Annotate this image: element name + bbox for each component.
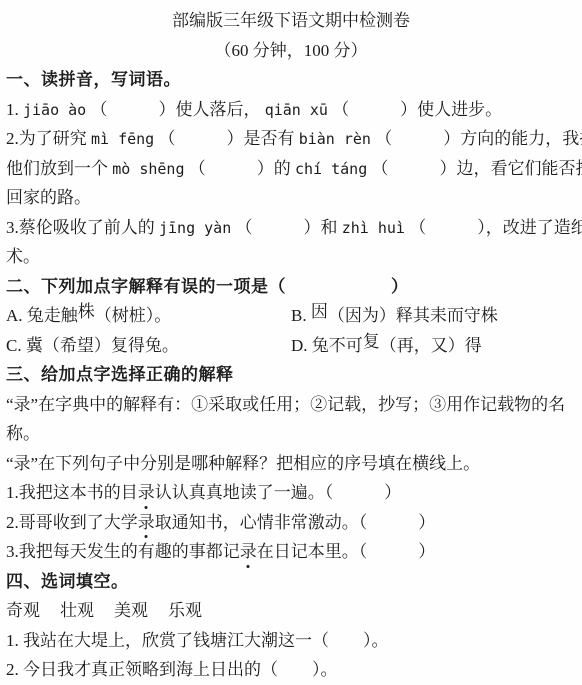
dotted-char: 录 [138,478,155,508]
dotted-char: 录 [138,508,155,538]
text-and-blank: 取通知书，心情非常激动。（ ） [155,513,436,532]
blank-and-text: （ ）边，看它们能否找到 [367,159,582,178]
blank-and-text: （ ）是否有 [154,129,299,148]
text: 1.我把这本书的目 [6,483,138,502]
emphasized-char: 复 [363,332,380,351]
section-1-question-2-cont: 他们放到一个 mò shēng （ ）的 chí táng （ ）边，看它们能否… [0,154,582,184]
pinyin-zhi-hui: zhì huì [342,219,405,237]
option-label: D. [291,336,312,355]
question-number: 1. [6,100,23,119]
pinyin-bian-ren: biàn rèn [299,130,371,148]
emphasized-char: 冀 [26,336,43,355]
pinyin-qian-xu: qiān xū [265,101,328,119]
section-3-question-3: 3.我把每天发生的有趣的事都记录在日记本里。（ ） [0,537,582,567]
page-subtitle: （60 分钟，100 分） [0,36,582,66]
section-1-heading: 一、读拼音，写词语。 [0,65,582,95]
text: 他们放到一个 [6,159,112,178]
section-3-instruction: “录”在下列句子中分别是哪种解释？把相应的序号填在横线上。 [0,449,582,479]
section-4-question-1: 1. 我站在大堤上，欣赏了钱塘江大潮这一（ ）。 [0,626,582,656]
blank-and-text: （ ）使人进步。 [328,100,502,119]
section-1-question-2: 2.为了研究 mì fēng （ ）是否有 biàn rèn （ ）方向的能力，… [0,124,582,154]
text: 蔡伦吸收了前人的 [19,218,159,237]
text: 兔不可 [312,336,363,355]
text: 为了研究 [19,129,91,148]
text: （再，又）得 [380,336,482,355]
section-1-question-3-end: 术。 [0,242,582,272]
pinyin-mo-sheng: mò shēng [112,160,184,178]
option-a: A. 兔走触株（树桩）。 [6,301,291,331]
option-label: A. [6,306,27,325]
question-number: 3. [6,218,19,237]
section-1-question-3: 3.蔡伦吸收了前人的 jīng yàn （ ）和 zhì huì （ ），改进了… [0,213,582,243]
pinyin-chi-tang: chí táng [295,160,367,178]
section-1-question-1: 1. jiāo ào （ ）使人落后， qiān xū （ ）使人进步。 [0,95,582,125]
text-and-blank: 在日记本里。（ ） [257,542,436,561]
blank-and-text: （ ），改进了造纸 [405,218,582,237]
text: （树桩）。 [95,306,172,325]
pinyin-jiao-ao: jiāo ào [23,101,86,119]
section-3-question-1: 1.我把这本书的目录认认真真地读了一遍。（ ） [0,478,582,508]
section-2-heading: 二、下列加点字解释有误的一项是（ ） [0,272,582,302]
dotted-char: 录 [240,537,257,567]
blank-and-text: （ ）和 [231,218,342,237]
option-d: D. 兔不可复（再，又）得 [291,331,576,361]
text-and-blank: 认认真真地读了一遍。（ ） [155,483,402,502]
section-3-definitions: “录”在字典中的解释有：①采取或任用；②记载，抄写；③用作记载物的名 [0,390,582,420]
option-label: B. [291,306,311,325]
page-title: 部编版三年级下语文期中检测卷 [0,6,582,36]
pinyin-mi-feng: mì fēng [91,130,154,148]
word-choice: 美观 [114,601,148,620]
emphasized-char: 株 [78,302,95,321]
section-4-word-bank: 奇观壮观美观乐观 [0,596,582,626]
option-b: B. 因（因为）释其耒而守株 [291,301,576,331]
blank-and-text: （ ）方向的能力，我把 [371,129,582,148]
pinyin-jing-yan: jīng yàn [159,219,231,237]
blank-and-text: （ ）的 [185,159,296,178]
text: 兔走触 [27,306,78,325]
option-c: C. 冀（希望）复得兔。 [6,331,291,361]
test-paper-page: 部编版三年级下语文期中检测卷 （60 分钟，100 分） 一、读拼音，写词语。 … [0,0,582,685]
section-3-heading: 三、给加点字选择正确的解释 [0,360,582,390]
text: 3.我把每天发生的有趣的事都记 [6,542,240,561]
section-3-question-2: 2.哥哥收到了大学录取通知书，心情非常激动。（ ） [0,508,582,538]
word-choice: 乐观 [168,601,202,620]
text: 2.哥哥收到了大学 [6,513,138,532]
option-label: C. [6,336,26,355]
options-row-ab: A. 兔走触株（树桩）。 B. 因（因为）释其耒而守株 [0,301,582,331]
text: （希望）复得兔。 [43,336,179,355]
blank-and-text: （ ）使人落后， [86,100,265,119]
question-number: 2. [6,129,19,148]
section-3-definitions-end: 称。 [0,419,582,449]
section-4-heading: 四、选词填空。 [0,567,582,597]
emphasized-char: 因 [311,302,328,321]
section-1-question-2-end: 回家的路。 [0,183,582,213]
options-row-cd: C. 冀（希望）复得兔。 D. 兔不可复（再，又）得 [0,331,582,361]
text: （因为）释其耒而守株 [328,306,498,325]
word-choice: 壮观 [60,601,94,620]
section-4-question-2: 2. 今日我才真正领略到海上日出的（ ）。 [0,655,582,685]
word-choice: 奇观 [6,601,40,620]
